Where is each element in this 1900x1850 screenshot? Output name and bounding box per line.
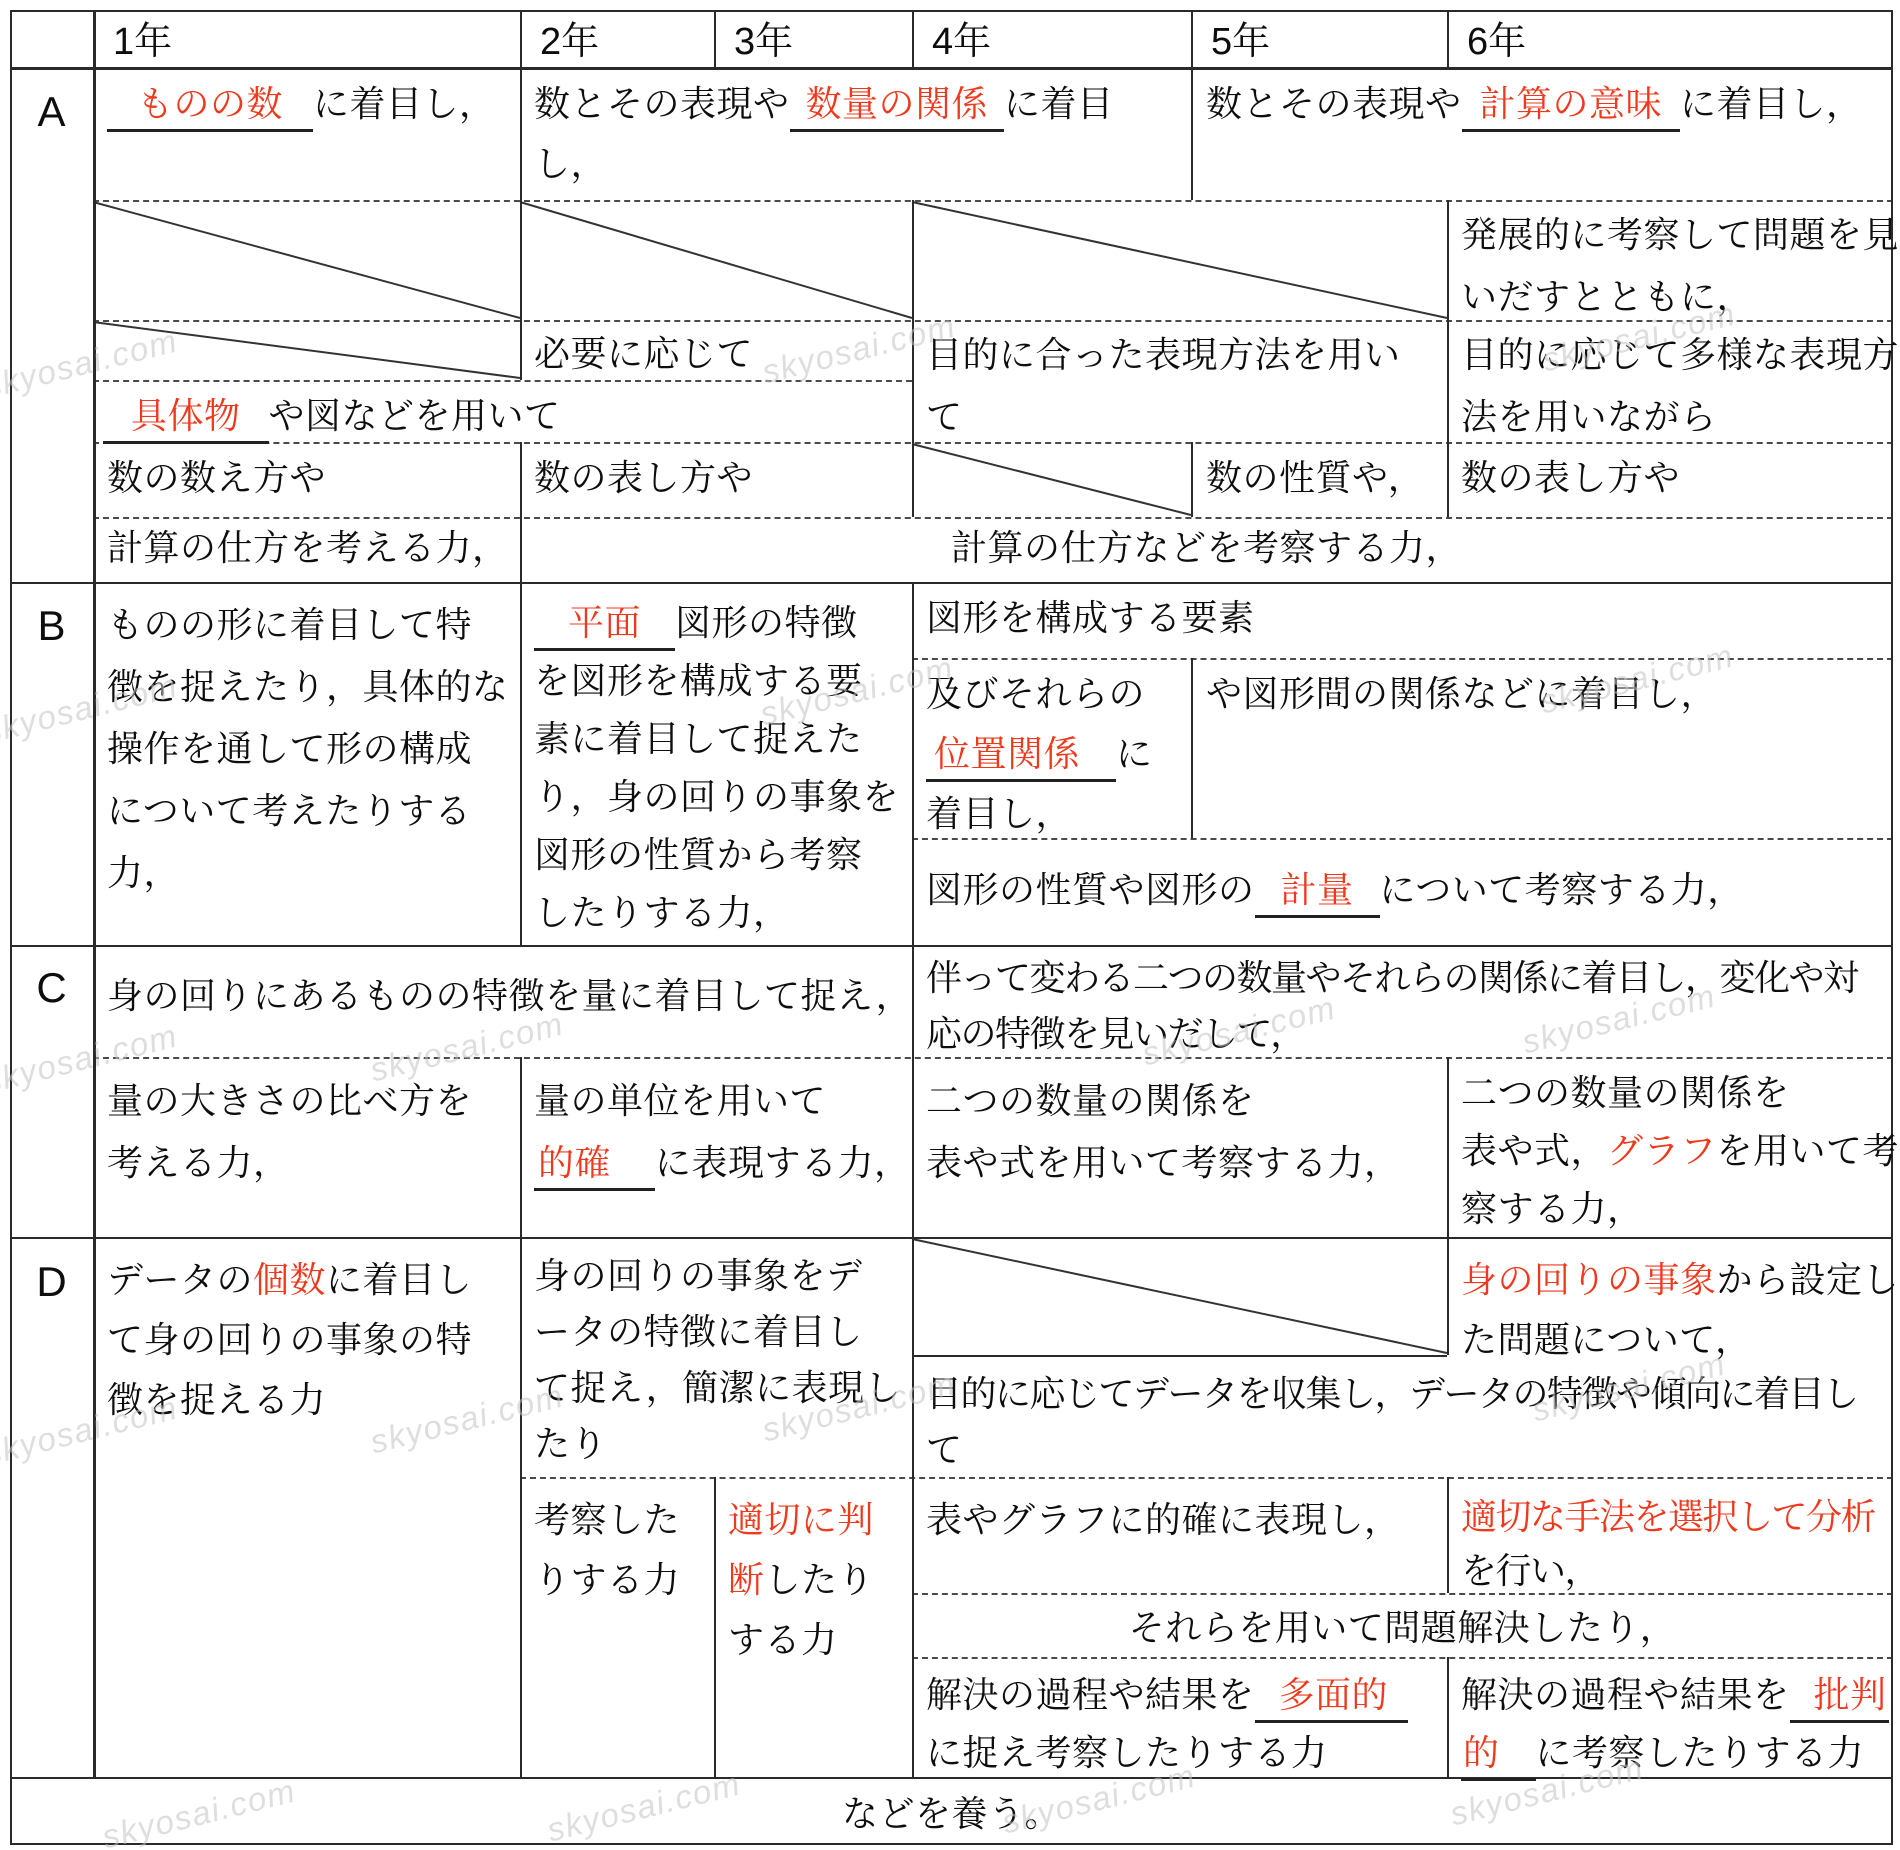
answer-blank: 的確 (534, 1142, 655, 1191)
answer-red-text: 身の回りの事象 (1461, 1259, 1717, 1300)
row-label-b: B (10, 596, 93, 656)
cell-d-g456-collect: 目的に応じてデータを収集し，データの特徴や傾向に着目し て (926, 1366, 1858, 1478)
cell-a-g5-property: 数の性質や， (1206, 448, 1424, 508)
column-line-g4-g5 (1191, 442, 1193, 517)
plain-text: 数とその表現や (1206, 83, 1462, 124)
row-label-d: D (10, 1252, 93, 1312)
plain-text: に着目し， (1680, 83, 1863, 124)
cell-a-g45-method: 目的に合った表現方法を用い て (926, 324, 1401, 448)
answer-blank: 計量 (1255, 869, 1380, 918)
cell-separator-line (912, 1355, 1447, 1357)
answer-blank: ものの数 (107, 83, 313, 132)
cell-d-g1: データの個数に着目し て身の回りの事象の特 徴を捉える力 (107, 1250, 472, 1430)
column-line-g5-g6 (1447, 1477, 1449, 1593)
cell-a-g56-focus: 数とその表現や計算の意味に着目し， (1206, 74, 1863, 134)
plain-text: 数とその表現や (534, 83, 790, 124)
column-line-g4-g5 (1191, 10, 1193, 200)
cell-d-g6-method: 適切な手法を選択して分析 を行い， (1461, 1490, 1875, 1598)
cell-a-g6-develop: 発展的に考察して問題を見 いだすとともに， (1461, 204, 1899, 328)
header-grade-1: 1年 (113, 14, 172, 70)
header-grade-6: 6年 (1467, 14, 1526, 70)
cell-d-g3-bottom: 適切に判 断したり する力 (728, 1490, 874, 1670)
plain-text: 及びそれらの (926, 673, 1145, 714)
row-label-a: A (10, 82, 93, 142)
plain-text: 解決の過程や結果を (1461, 1674, 1790, 1715)
diagonal-line (912, 202, 1447, 318)
curriculum-table: 1年 2年 3年 4年 5年 6年 A B C D ものの数に着目し， 数とその… (0, 0, 1900, 1850)
cell-d-g456-solve: それらを用いて問題解決したり， (912, 1598, 1893, 1658)
column-line-g2-g3 (714, 1477, 716, 1777)
column-line-g5-g6 (1447, 1057, 1449, 1355)
cell-a-g23456-ability: 計算の仕方などを考察する力， (520, 518, 1893, 578)
cell-d-g23-top: 身の回りの事象をデ ータの特徴に着目し て捉え，簡潔に表現し たり (534, 1248, 901, 1472)
cell-a-g6-notation: 数の表し方や (1461, 448, 1680, 508)
cell-c-g123-top: 身の回りにあるものの特徴を量に着目して捉え， (107, 966, 912, 1026)
cell-b-g1: ものの形に着目して特 徴を捉えたり，具体的な 操作を通して形の構成 について考え… (107, 594, 509, 904)
table-border-top (10, 10, 1893, 12)
answer-blank: 多面的 (1255, 1674, 1409, 1723)
cell-a-g234-focus: 数とその表現や数量の関係に着目 し， (534, 74, 1114, 194)
cell-d-g6-process: 解決の過程や結果を批判 的に考察したりする力 (1461, 1666, 1889, 1782)
cell-a-g23-notation: 数の表し方や (534, 448, 753, 508)
answer-blank: 的 (1461, 1732, 1536, 1781)
plain-text: を行い， (1461, 1550, 1599, 1591)
plain-text: や図などを用いて (269, 395, 561, 436)
plain-text: に考察したりする力 (1536, 1732, 1865, 1773)
row-label-c: C (10, 958, 93, 1018)
answer-blank: 数量の関係 (790, 83, 1005, 132)
cell-b-g4-position: 及びそれらの 位置関係に 着目し， (926, 664, 1153, 844)
plain-text: 図形の特徴 を図形を構成する要 素に着目して捉えた り，身の回りの事象を 図形の… (534, 602, 899, 933)
plain-text: に捉え考察したりする力 (926, 1732, 1328, 1773)
diagonal-line (912, 1239, 1447, 1353)
header-grade-3: 3年 (734, 14, 793, 70)
row-separator-b-c (10, 945, 1893, 947)
column-line-g3-g4 (912, 10, 914, 68)
cell-b-g456-ability: 図形の性質や図形の計量について考察する力， (926, 860, 1744, 920)
plain-text: データの (107, 1259, 253, 1300)
cell-a-g123-concrete: 具体物や図などを用いて (103, 386, 561, 446)
cell-d-g6-intro: 身の回りの事象から設定し た問題について， (1461, 1250, 1899, 1370)
column-line-g5-g6 (1447, 200, 1449, 517)
column-line-g3-g4 (912, 200, 914, 517)
row-separator-a-b (10, 582, 1893, 584)
cell-a-g1-ability: 計算の仕方を考える力， (107, 518, 509, 578)
header-grade-2: 2年 (540, 14, 599, 70)
cell-d-g45-express: 表やグラフに的確に表現し， (926, 1490, 1401, 1550)
answer-blank: 位置関係 (926, 733, 1116, 782)
cell-c-g45-ability: 二つの数量の関係を 表や式を用いて考察する力， (926, 1070, 1401, 1194)
cell-b-g456-elements: 図形を構成する要素 (926, 588, 1255, 648)
plain-text: に着目し， (313, 83, 496, 124)
column-line-g1-g2 (520, 10, 522, 380)
diagonal-line (520, 202, 912, 318)
cell-c-g23-ability: 量の単位を用いて 的確に表現する力， (534, 1070, 911, 1194)
column-line-g4-g5 (1191, 658, 1193, 838)
answer-blank: 平面 (534, 602, 675, 651)
diagonal-line (93, 322, 520, 378)
cell-c-g1-ability: 量の大きさの比べ方を 考える力， (107, 1070, 472, 1194)
table-border-left (10, 10, 12, 1845)
answer-blank: 具体物 (103, 395, 269, 444)
cell-a-g6-method: 目的に応じて多様な表現方 法を用いながら (1461, 324, 1899, 448)
answer-red-text: グラフ (1607, 1130, 1717, 1171)
column-line-g5-g6 (1447, 10, 1449, 68)
header-grade-4: 4年 (932, 14, 991, 70)
column-line-g1-g2 (520, 1057, 522, 1777)
plain-text: について考察する力， (1380, 869, 1744, 910)
cell-a-g1-focus: ものの数に着目し， (107, 74, 496, 134)
phrase-separator-dashed (912, 658, 1893, 660)
cell-d-g45-process: 解決の過程や結果を多面的 に捉え考察したりする力 (926, 1666, 1408, 1782)
answer-red-text: 個数 (253, 1259, 326, 1300)
cell-b-g56-relation: や図形間の関係などに着目し， (1206, 664, 1717, 724)
answer-red-text: 適切な手法を選択して分析 (1461, 1496, 1875, 1537)
cell-d-g2-bottom: 考察した りする力 (534, 1490, 680, 1610)
cell-c-g456-top: 伴って変わる二つの数量やそれらの関係に着目し，変化や対 応の特徴を見いだして， (926, 950, 1858, 1062)
diagonal-line (93, 202, 520, 318)
cell-b-g23: 平面図形の特徴 を図形を構成する要 素に着目して捉えた り，身の回りの事象を 図… (534, 594, 899, 942)
diagonal-line (912, 444, 1191, 515)
column-line-g5-g6 (1447, 1657, 1449, 1777)
header-grade-5: 5年 (1211, 14, 1270, 70)
phrase-separator-dashed (93, 380, 912, 382)
plain-text: 図形の性質や図形の (926, 869, 1255, 910)
label-column-line (93, 10, 96, 1777)
cell-c-g6-ability: 二つの数量の関係を 表や式，グラフを用いて考 察する力， (1461, 1064, 1899, 1238)
footer-closing-phrase: などを養う。 (10, 1784, 1893, 1844)
cell-a-g23-asneeded: 必要に応じて (534, 324, 753, 384)
answer-blank: 計算の意味 (1462, 83, 1681, 132)
answer-blank: 批判 (1790, 1674, 1889, 1723)
plain-text: 解決の過程や結果を (926, 1674, 1255, 1715)
phrase-separator-dashed (93, 200, 1893, 202)
plain-text: 量の単位を用いて (534, 1080, 826, 1121)
column-line-g2-g3 (714, 10, 716, 68)
plain-text: に表現する力， (655, 1142, 911, 1183)
cell-a-g1-counting: 数の数え方や (107, 448, 326, 508)
